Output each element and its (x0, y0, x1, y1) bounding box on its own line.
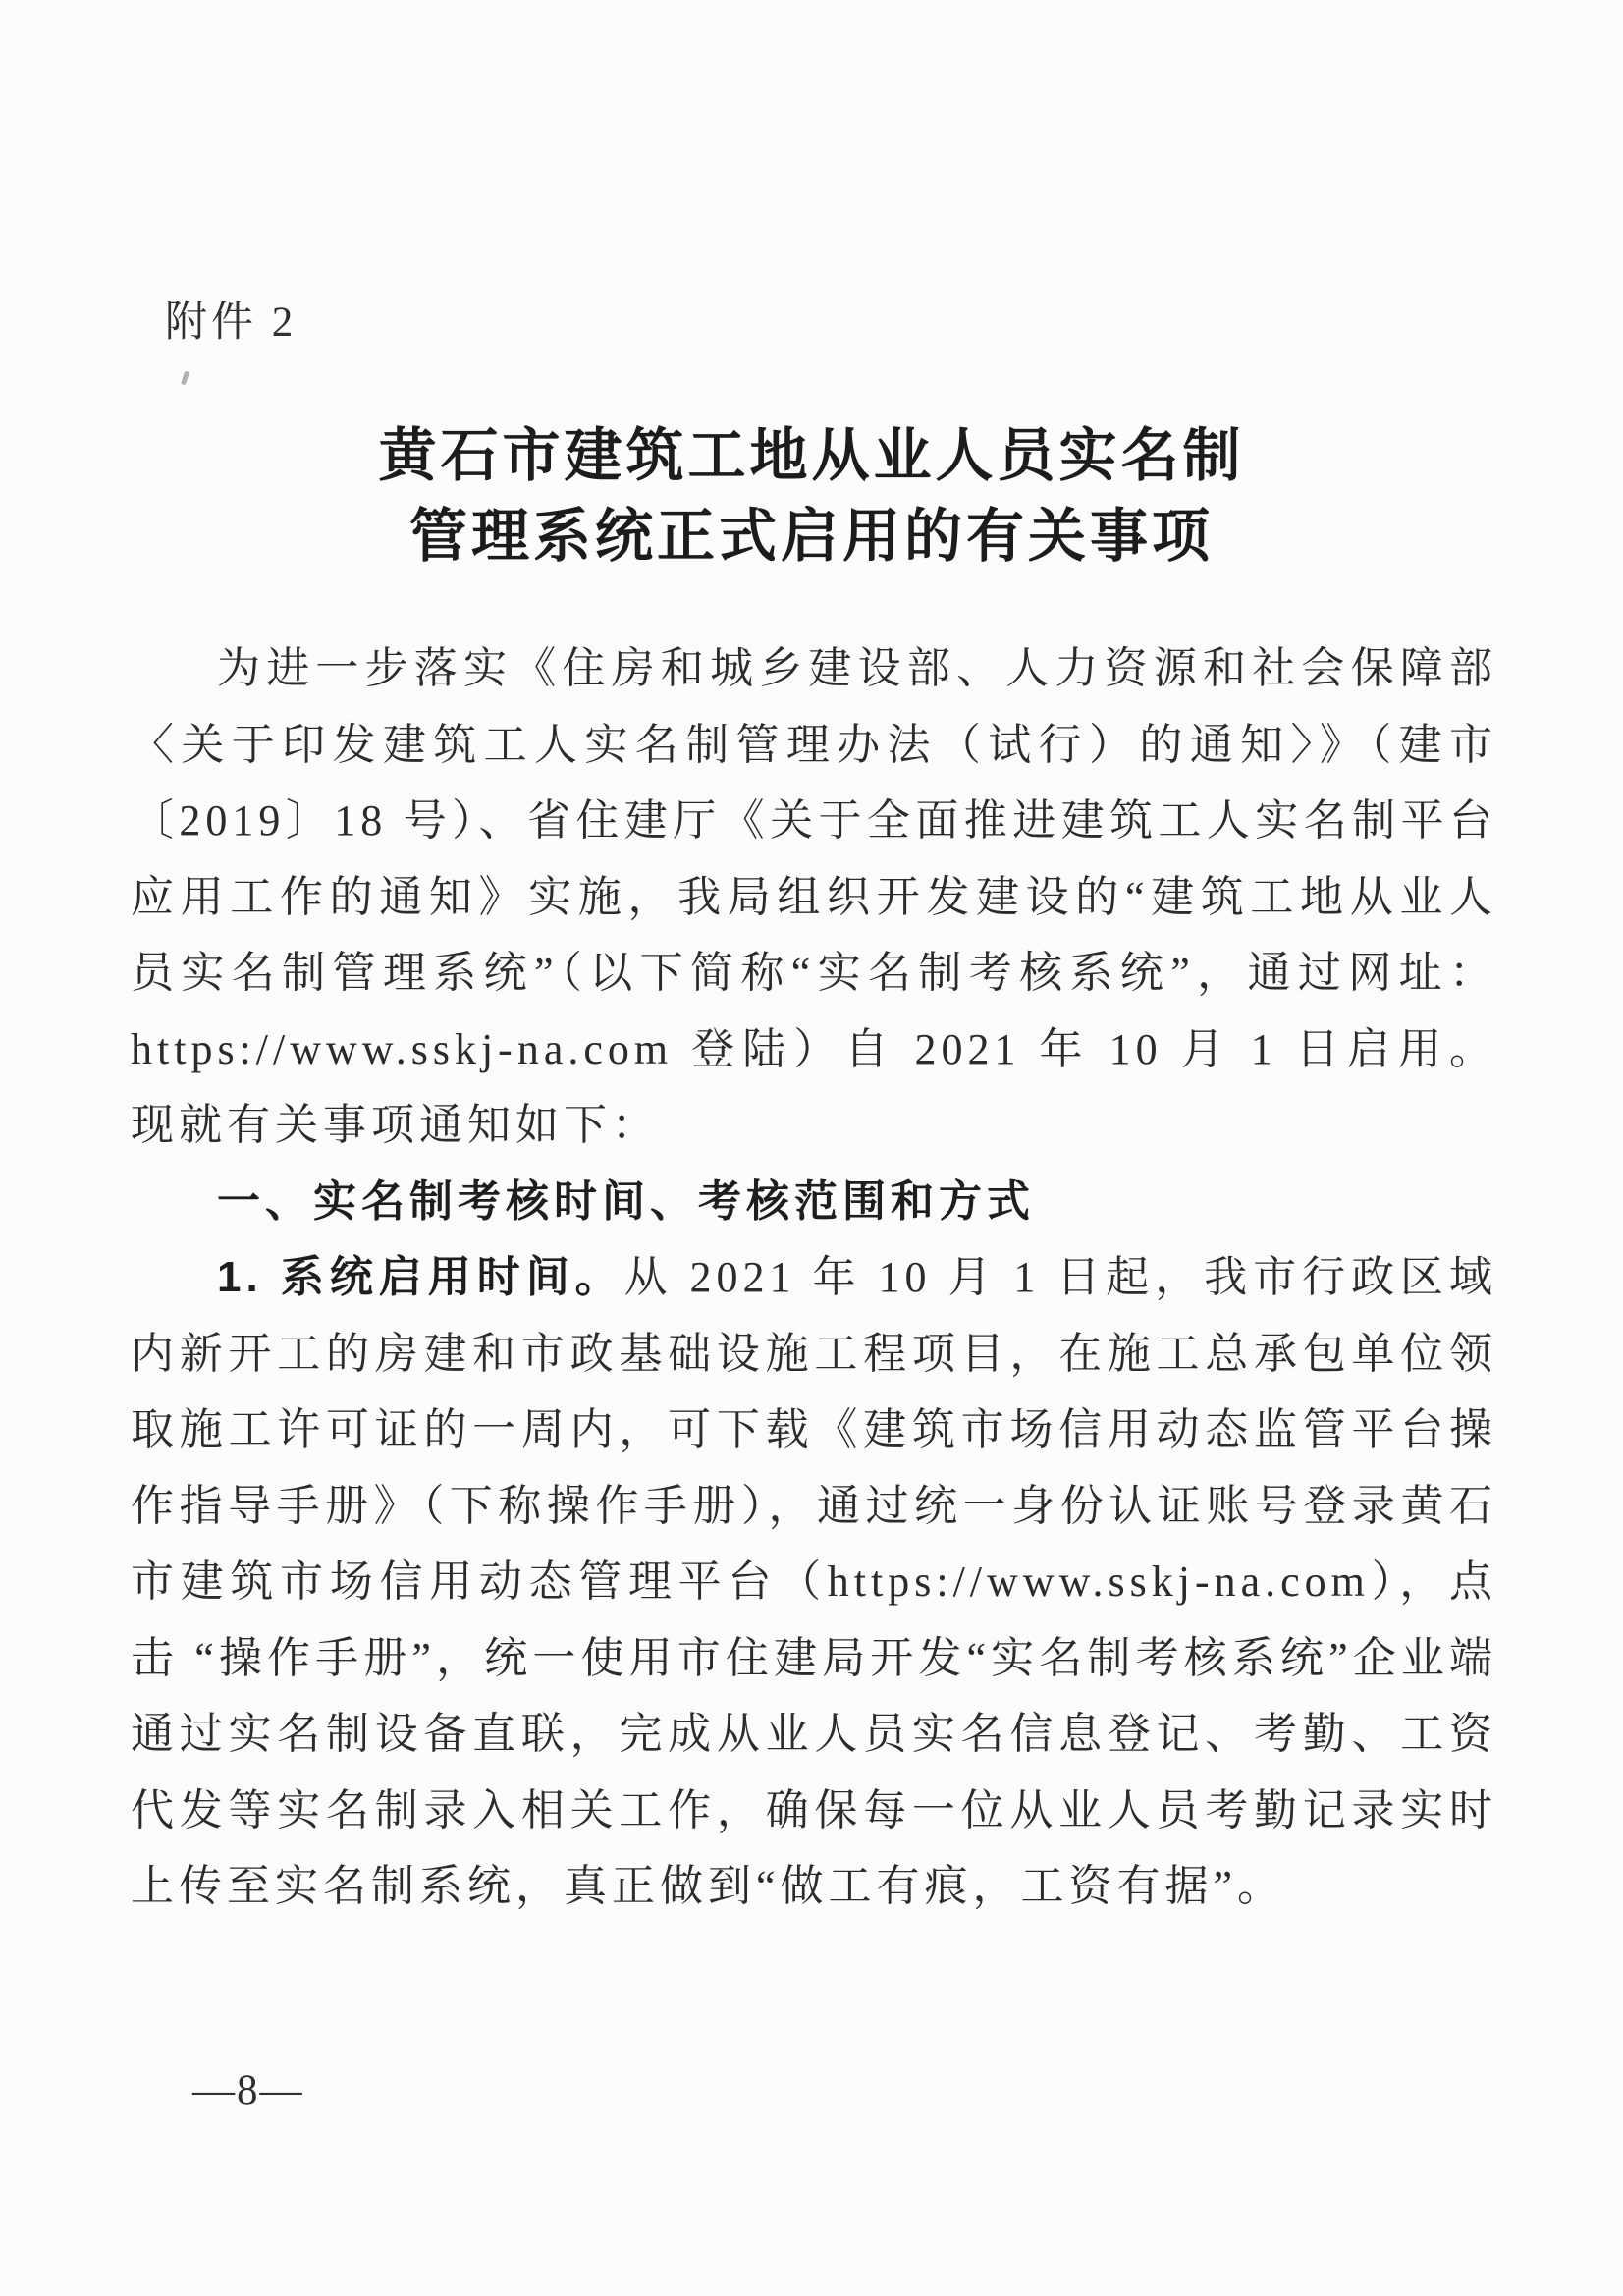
document-page: 附件 2 黄石市建筑工地从业人员实名制 管理系统正式启用的有关事项 为进一步落实… (0, 0, 1623, 2296)
item-1-text: 从 2021 年 10 月 1 日起，我市行政区域内新开工的房建和市政基础设施工… (131, 1253, 1497, 1910)
document-title: 黄石市建筑工地从业人员实名制 管理系统正式启用的有关事项 (128, 415, 1495, 576)
paragraph-intro: 为进一步落实《住房和城乡建设部、人力资源和社会保障部〈关于印发建筑工人实名制管理… (131, 630, 1497, 1164)
item-1-label: 1. 系统启用时间。 (217, 1253, 624, 1301)
page-number: —8— (192, 2066, 304, 2114)
document-body: 为进一步落实《住房和城乡建设部、人力资源和社会保障部〈关于印发建筑工人实名制管理… (131, 630, 1497, 1925)
document-title-line1: 黄石市建筑工地从业人员实名制 (128, 415, 1495, 496)
scan-artifact (181, 371, 189, 386)
attachment-label: 附件 2 (165, 289, 297, 349)
document-title-line2: 管理系统正式启用的有关事项 (128, 496, 1495, 576)
paragraph-item-1: 1. 系统启用时间。从 2021 年 10 月 1 日起，我市行政区域内新开工的… (131, 1239, 1497, 1925)
section-heading-1: 一、实名制考核时间、考核范围和方式 (131, 1164, 1497, 1240)
